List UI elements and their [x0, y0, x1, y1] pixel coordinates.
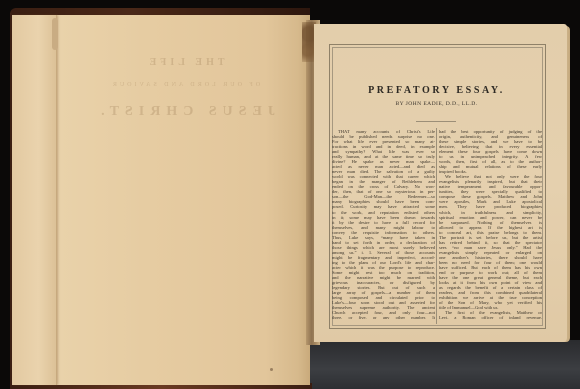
- text-line: those things which are most surely belie…: [332, 245, 435, 250]
- text-line: sees “no man save Jesus only.” Had the: [439, 245, 542, 250]
- text-line: has retired behind it, so that the spect…: [439, 240, 542, 245]
- text-line: Levi, a Roman officer of inland revenue,: [439, 315, 542, 319]
- text-line: convey the requisite information to othe…: [332, 230, 435, 235]
- table-surface: [290, 340, 580, 389]
- text-line: in it; some may have been drawn towards: [332, 215, 435, 220]
- show-through-text-line-1: THE LIFE: [60, 57, 310, 68]
- text-column-left: THAT many accounts of Christ's Lifeshoul…: [332, 129, 435, 319]
- text-line: it by the desire to have a full record f…: [332, 220, 435, 225]
- text-line: to the work, and reputation enlisted oth…: [332, 210, 435, 215]
- text-line: be surpassed. Nothing of themselves is: [439, 220, 542, 225]
- text-line: hand to set forth in order, a declaratio…: [332, 240, 435, 245]
- text-line: allowed to appear. If the highest art is: [439, 225, 542, 230]
- show-through-text-line-3: JESUS CHRIST.: [60, 104, 310, 120]
- text-line: men. They have produced biographies: [439, 204, 542, 209]
- text-line: to conceal art, this praise belongs to t…: [439, 230, 542, 235]
- essay-title: PREFATORY ESSAY.: [332, 85, 541, 96]
- text-column-right: had the best opportunity of judging of t…: [439, 129, 542, 319]
- text-line: posed. Curiosity may have attracted some: [332, 204, 435, 209]
- show-through-text-line-2: OF OUR LORD AND SAVIOUR: [60, 82, 310, 88]
- text-line: three, or five, or any other number. It: [332, 315, 435, 319]
- text-line: themselves, and many might labour to: [332, 225, 435, 230]
- page-tear: [52, 18, 58, 50]
- title-rule: [416, 121, 456, 122]
- page-mark: [270, 368, 273, 371]
- essay-byline: BY JOHN EADIE, D.D., LL.D.: [332, 101, 541, 107]
- text-line: spiritual emotion and power, can never b…: [439, 215, 542, 220]
- text-line: The portrait is set before us, but the a…: [439, 235, 542, 240]
- column-divider: [436, 128, 437, 324]
- torn-page-stub: [12, 15, 57, 385]
- text-line: which, in truthfulness and simplicity,: [439, 210, 542, 215]
- text-line: Thus, Luke says, “many have taken in: [332, 235, 435, 240]
